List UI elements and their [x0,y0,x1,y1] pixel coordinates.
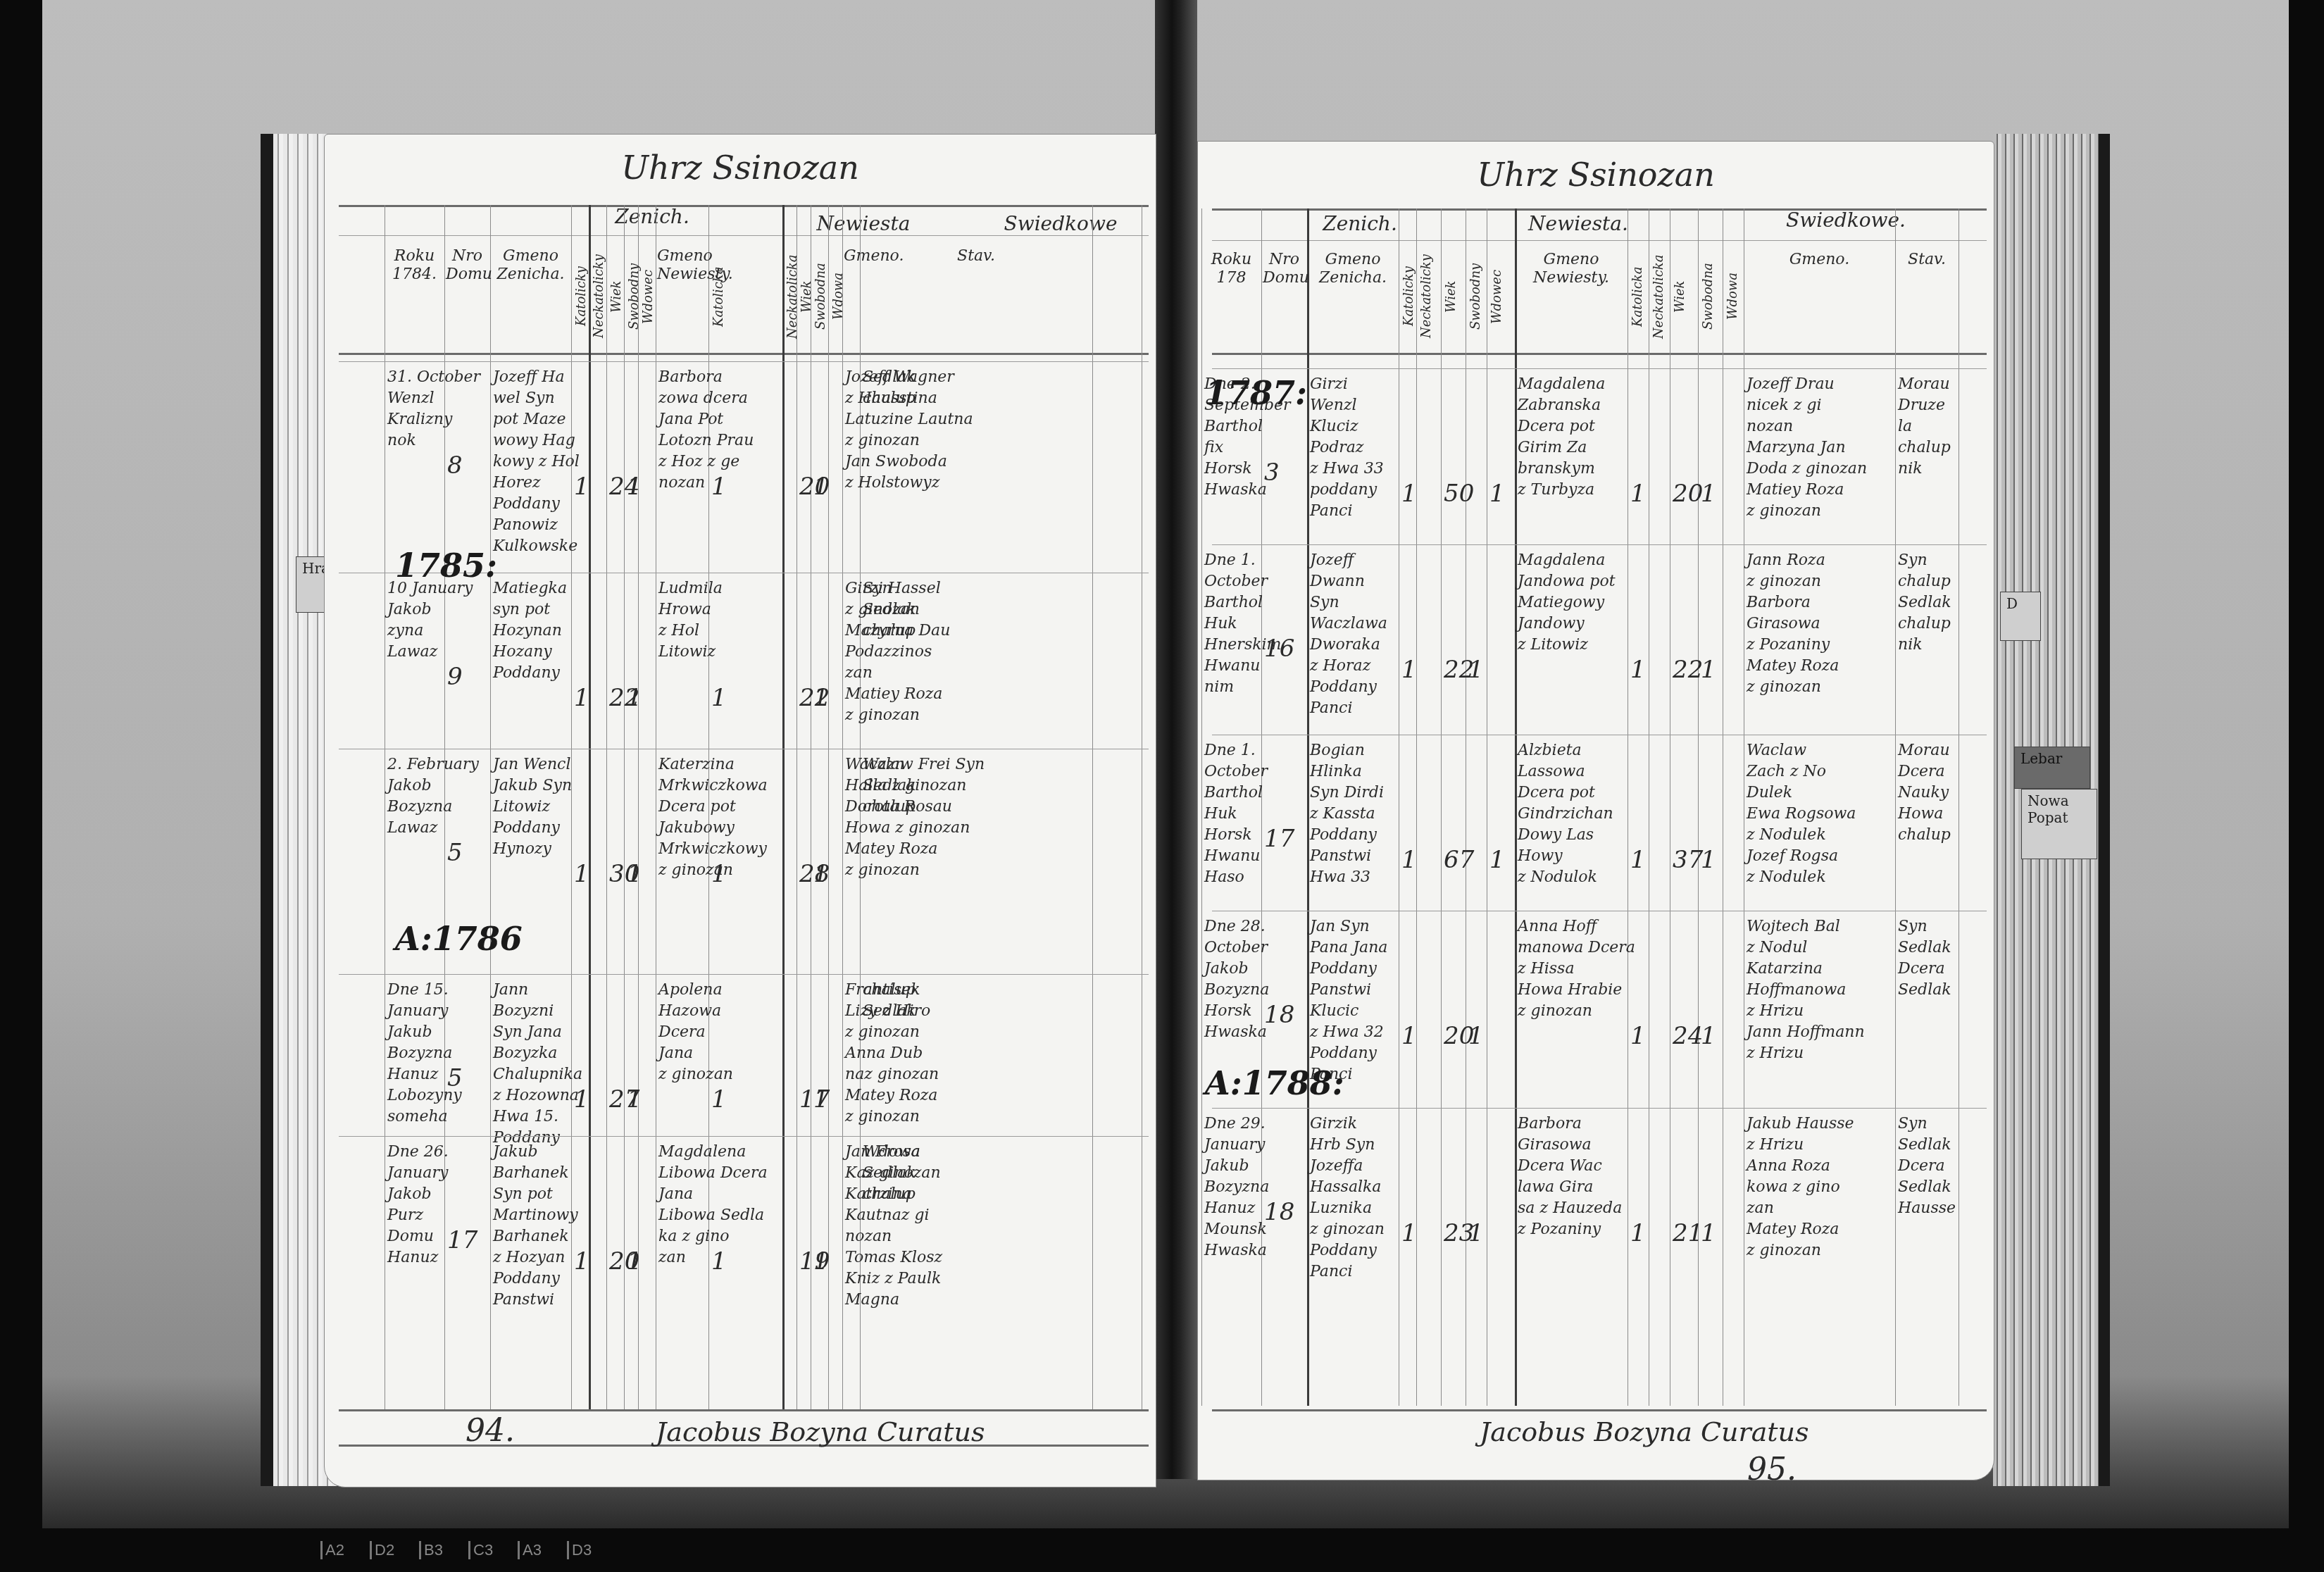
bride-single-cell: 1 [813,1085,829,1113]
year-marker: 1787: [1205,374,1307,412]
status-cell: Wdowa Sedlak chalup [863,1142,920,1205]
bride-single-cell: 1 [1701,1219,1716,1247]
column-header: Wiek [1442,251,1464,342]
table-row: Dne 1. October Barthol Huk Hnerskim Hwan… [1198,550,1994,719]
groom-cat-cell: 1 [574,1085,589,1113]
witnesses-cell: Wojtech Bal z Nodul Katarzina Hoffmanowa… [1747,916,1865,1064]
bride-cat-cell: 1 [711,1085,727,1113]
groom-single-cell: 1 [627,1085,642,1113]
table-row: 31. October Wenzl Kralizny nok8Jozeff Ha… [325,367,1156,543]
column-header: Neckatolicky [590,247,605,346]
tab-label: Lebar [2020,750,2062,767]
bride-cell: Magdalena Zabranska Dcera pot Girim Za b… [1518,374,1605,501]
house-no-cell: 5 [447,1064,463,1092]
film-frame-label: B3 [419,1541,443,1559]
column-header: Wiek [608,247,623,346]
register-page-left: Uhrz Ssinozan Zenich. Newiesta Swiedkowe… [324,134,1156,1487]
groom-single-cell: 1 [1468,1219,1484,1247]
table-row: Dne 29. January Jakub Bozyzna Hanuz Moun… [1198,1113,1994,1283]
groom-single-cell: 1 [1468,1022,1484,1050]
table-row: Dne 28. October Jakob Bozyzna Horsk Hwas… [1198,916,1994,1085]
house-no-cell: 17 [447,1226,477,1254]
table-row: Dne 1. October Barthol Huk Horsk Hwanu H… [1198,740,1994,909]
row-rule [339,361,1149,362]
row-rule [339,749,1149,749]
group-header-witnesses: Swiedkowe. [1754,208,1937,232]
status-cell: Morau Druze la chalup nik [1898,374,1951,480]
groom-cell: Jozeff Ha wel Syn pot Maze wowy Hag kowy… [493,367,580,557]
groom-cat-cell: 1 [574,473,589,501]
status-cell: Syn chalup Sedlak chalup nik [1898,550,1951,656]
bride-single-cell: 1 [813,473,829,501]
groom-cell: Girzik Hrb Syn Jozeffa Hassalka Luznika … [1310,1113,1385,1283]
column-header: Wiek [798,247,809,346]
bride-cat-cell: 1 [1630,480,1646,508]
date-cell: 31. October Wenzl Kralizny nok [387,367,480,451]
group-header-groom: Zenich. [1268,212,1451,235]
column-header: Neckatolicky [1418,251,1439,342]
house-no-cell: 18 [1264,1198,1294,1226]
bride-single-cell: 1 [1701,1022,1716,1050]
bride-cat-cell: 1 [1630,1219,1646,1247]
groom-cell: Jann Bozyzni Syn Jana Bozyzka Chalupnika… [493,980,582,1149]
date-cell: 2. February Jakob Bozyzna Lawaz [387,754,479,839]
film-frame-label: C3 [468,1541,493,1559]
bride-single-cell: 1 [1701,656,1716,684]
bride-cat-cell: 1 [711,684,727,712]
bride-cat-cell: 1 [1630,1022,1646,1050]
bride-age-cell: 20 [1673,480,1703,508]
bride-age-cell: 21 [1673,1219,1703,1247]
column-header: Nro Domu [1263,251,1306,342]
groom-cat-cell: 1 [574,1247,589,1275]
house-no-cell: 18 [1264,1001,1294,1029]
column-header: Gmeno Newiesty. [1516,251,1626,342]
groom-cat-cell: 1 [1401,846,1417,874]
date-cell: Dne 1. October Barthol Huk Horsk Hwanu H… [1204,740,1268,888]
bride-cell: Magdalena Jandowa pot Matiegowy Jandowy … [1518,550,1616,656]
bride-single-cell: 1 [1701,846,1716,874]
register-page-right: Uhrz Ssinozan Zenich. Newiesta. Swiedkow… [1197,141,1994,1480]
bride-cell: Apolena Hazowa Dcera Jana z ginozan [658,980,733,1085]
row-rule [339,1136,1149,1137]
column-header: Swobodna [812,247,827,346]
column-header: Swobodna [1699,251,1721,342]
house-no-cell: 17 [1264,825,1294,853]
column-header: Wdowec [639,247,654,346]
page-title: Uhrz Ssinozan [1198,156,1994,194]
house-no-cell: 8 [447,451,463,480]
column-header: Neckatolicka [784,247,795,346]
table-row: 2. February Jakob Bozyzna Lawaz5Jan Wenc… [325,754,1156,930]
group-header-bride: Newiesta [761,212,966,235]
index-tab-right: Nowa Popat [2021,789,2097,859]
film-frame-label: A2 [320,1541,344,1559]
status-cell: Wazn Sedlak chalup [863,754,916,818]
group-header-bride: Newiesta. [1480,212,1677,235]
groom-cell: Matiegka syn pot Hozynan Hozany Poddany [493,578,567,684]
row-rule [339,974,1149,975]
column-header: Katolicka [1629,251,1647,342]
house-no-cell: 9 [447,663,463,691]
groom-cat-cell: 1 [1401,480,1417,508]
page-number: 94. [466,1413,515,1449]
groom-single-cell: 1 [1468,656,1484,684]
column-header: Neckatolicka [1650,251,1668,342]
bride-age-cell: 22 [1673,656,1703,684]
status-cell: Sedlak chalup [863,367,916,409]
bride-cat-cell: 1 [711,860,727,888]
bride-cell: Anna Hoff manowa Dcera z Hissa Howa Hrab… [1518,916,1635,1022]
column-header: Roku 1784. [386,247,443,346]
status-cell: chalup Sedlak [863,980,916,1022]
column-header: Gmeno Newiesty. [657,247,707,346]
column-header: Swobodny [1467,251,1485,342]
bride-single-cell: 1 [1701,480,1716,508]
group-header-groom: Zenich. [557,205,747,228]
groom-cell: Girzi Wenzl Kluciz Podraz z Hwa 33 podda… [1310,374,1384,522]
witnesses-cell: Jozeff Drau nicek z gi nozan Marzyna Jan… [1747,374,1867,522]
column-header: Gmeno. [1745,251,1894,342]
groom-cell: Jan Syn Pana Jana Poddany Panstwi Klucic… [1310,916,1387,1085]
page-title: Uhrz Ssinozan [325,149,1156,187]
bride-cell: Barbora Girasowa Dcera Wac lawa Gira sa … [1518,1113,1622,1240]
book-spine [1155,0,1197,1479]
groom-cell: Jan Wencl Jakub Syn Litowiz Poddany Hyno… [493,754,572,860]
groom-cell: Jakub Barhanek Syn pot Martinowy Barhane… [493,1142,578,1311]
year-marker: A:1788: [1205,1064,1344,1102]
index-tab-right: Lebar [2014,747,2090,789]
groom-cat-cell: 1 [574,860,589,888]
groom-single-cell: 1 [627,473,642,501]
groom-cell: Bogian Hlinka Syn Dirdi z Kassta Poddany… [1310,740,1384,888]
column-header: Katolicky [1400,251,1415,342]
status-cell: Syn Sedlak Dcera Sedlak Hausse [1898,1113,1956,1219]
bride-age-cell: 37 [1673,846,1703,874]
column-header: Wdowa [830,247,841,346]
column-header: Katolicky [573,247,587,346]
column-header: Swobodny [625,247,637,346]
rule [339,353,1149,355]
bride-cat-cell: 1 [1630,846,1646,874]
bride-cat-cell: 1 [711,473,727,501]
row-rule [1212,1108,1987,1109]
house-no-cell: 3 [1264,458,1280,487]
column-header: Wdowa [1724,251,1742,342]
date-cell: 10 January Jakob zyna Lawaz [387,578,473,663]
page-number: 95. [1747,1452,1797,1487]
groom-cat-cell: 1 [1401,656,1417,684]
column-header: Gmeno Zenicha. [1308,251,1397,342]
date-cell: Dne 26. January Jakob Purz Domu Hanuz [387,1142,449,1268]
bride-single-cell: 1 [813,1247,829,1275]
year-marker: A:1786 [395,920,523,958]
house-no-cell: 16 [1264,635,1294,663]
table-row: 10 January Jakob zyna Lawaz9Matiegka syn… [325,578,1156,754]
house-no-cell: 5 [447,839,463,867]
column-header: Wdowec [1488,251,1513,342]
status-cell: Morau Dcera Nauky Howa chalup [1898,740,1951,846]
column-header: Stav. [1897,251,1957,342]
date-cell: Dne 29. January Jakub Bozyzna Hanuz Moun… [1204,1113,1269,1261]
bride-single-cell: 1 [813,684,829,712]
row-rule [1212,735,1987,735]
groom-age-cell: 50 [1444,480,1474,508]
row-rule [1212,544,1987,545]
column-header: Katolicka [710,247,781,346]
column-header: Stav. [861,247,1091,346]
microfilm-strip [0,1539,2324,1572]
groom-single-cell: 1 [627,1247,642,1275]
index-tab-right: D [2000,592,2041,641]
bride-cat-cell: 1 [711,1247,727,1275]
groom-cat-cell: 1 [574,684,589,712]
row-rule [1212,911,1987,911]
groom-widower-cell: 1 [1489,480,1505,508]
groom-single-cell: 1 [627,860,642,888]
date-cell: Dne 1. October Barthol Huk Hnerskim Hwan… [1204,550,1281,698]
film-frame-label: A3 [518,1541,542,1559]
row-rule [1212,368,1987,369]
column-header: Gmeno. [844,247,858,346]
rule [339,235,1149,236]
rule [1212,353,1987,355]
column-header: Gmeno Zenicha. [492,247,570,346]
bride-cell: Barbora zowa dcera Jana Pot Lotozn Prau … [658,367,754,494]
table-row: Dne 2. September Barthol fix Horsk Hwask… [1198,374,1994,543]
groom-widower-cell: 1 [1489,846,1505,874]
rule [339,1409,1149,1411]
column-header: Wiek [1671,251,1697,342]
rule [1212,240,1987,241]
column-header: Nro Domu [446,247,489,346]
film-frame-label: D3 [567,1541,592,1559]
bride-single-cell: 1 [813,860,829,888]
status-cell: Syn Sedlak chalup [863,578,916,642]
bride-cell: Alzbieta Lassowa Dcera pot Gindrzichan D… [1518,740,1613,888]
tab-label: D [2006,595,2018,612]
groom-cat-cell: 1 [1401,1022,1417,1050]
group-header-witnesses: Swiedkowe [973,212,1149,235]
bride-cell: Ludmila Hrowa z Hol Litowiz [658,578,723,663]
table-row: Dne 15. January Jakub Bozyzna Hanuz Lobo… [325,980,1156,1156]
year-marker: 1785: [395,547,497,585]
rule [1212,1409,1987,1411]
curate-signature: Jacobus Bozyna Curatus [1480,1416,1809,1447]
witnesses-cell: Jakub Hausse z Hrizu Anna Roza kowa z gi… [1747,1113,1854,1261]
bride-cat-cell: 1 [1630,656,1646,684]
date-cell: Dne 15. January Jakub Bozyzna Hanuz Lobo… [387,980,462,1128]
tab-label: Nowa Popat [2028,792,2069,826]
status-cell: Syn Sedlak Dcera Sedlak [1898,916,1951,1001]
film-frame-label: D2 [370,1541,394,1559]
witnesses-cell: Jann Roza z ginozan Barbora Girasowa z P… [1747,550,1839,698]
groom-age-cell: 67 [1444,846,1474,874]
groom-cell: Jozeff Dwann Syn Waczlawa Dworaka z Hora… [1310,550,1387,719]
curate-signature: Jacobus Bozyna Curatus [656,1416,985,1447]
column-header: Roku 178 [1203,251,1260,342]
witnesses-cell: Waclaw Zach z No Dulek Ewa Rogsowa z Nod… [1747,740,1856,888]
groom-single-cell: 1 [627,684,642,712]
table-row: Dne 26. January Jakob Purz Domu Hanuz17J… [325,1142,1156,1318]
bride-age-cell: 24 [1673,1022,1703,1050]
groom-cat-cell: 1 [1401,1219,1417,1247]
date-cell: Dne 28. October Jakob Bozyzna Horsk Hwas… [1204,916,1269,1043]
